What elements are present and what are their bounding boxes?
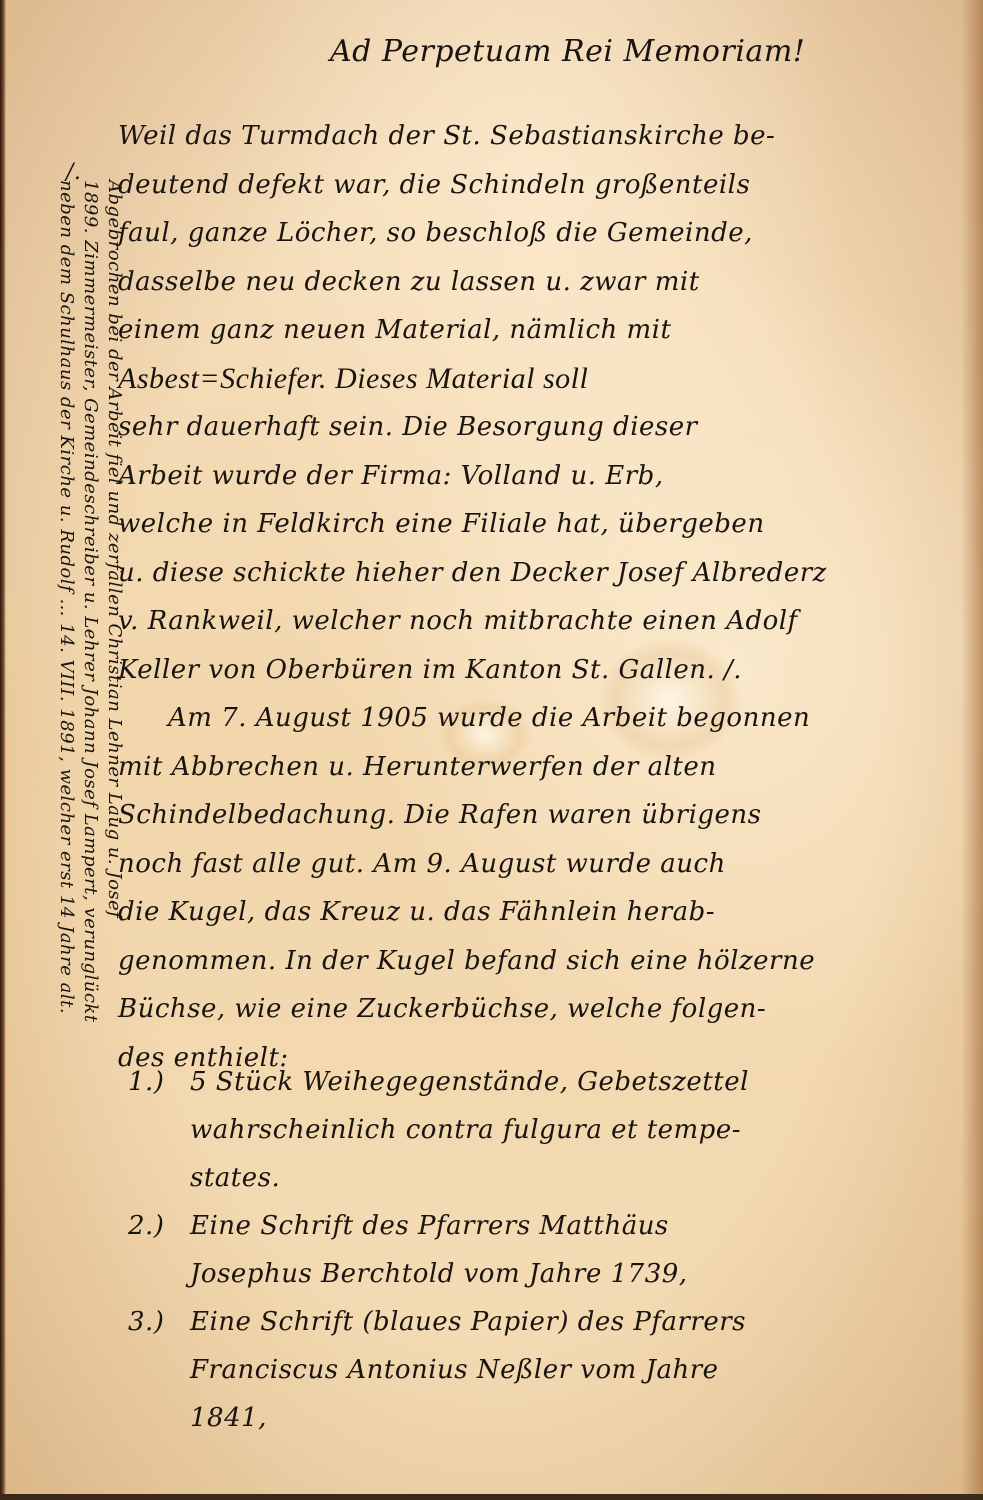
text-line: states. [190,1154,749,1202]
margin-note: Abgebrochen bei der Arbeit fiel und zerf… [54,180,126,1360]
text-line: faul, ganze Löcher, so beschloß die Geme… [118,209,968,258]
text-line: Asbest=Schiefer. Dieses Material soll [118,355,968,404]
text-line: deutend defekt war, die Schindeln großen… [118,161,968,210]
list-item: 1.) 5 Stück Weihegegenstände, Gebetszett… [128,1058,968,1202]
list-number: 3.) [128,1298,190,1442]
text-line: Franciscus Antonius Neßler vom Jahre [190,1346,746,1394]
text-line: u. diese schickte hieher den Decker Jose… [118,549,968,598]
page-bottom-edge [0,1494,983,1500]
text-line: dasselbe neu decken zu lassen u. zwar mi… [118,258,968,307]
text-line: die Kugel, das Kreuz u. das Fähnlein her… [118,888,968,937]
text-line: Büchse, wie eine Zuckerbüchse, welche fo… [118,985,968,1034]
body-text: Weil das Turmdach der St. Sebastianskirc… [118,112,968,1082]
list-number: 1.) [128,1058,190,1202]
list-number: 2.) [128,1202,190,1298]
page-binding-edge [0,0,6,1500]
text-line: sehr dauerhaft sein. Die Besorgung diese… [118,403,968,452]
page-title: Ad Perpetuam Rei Memoriam! [330,34,805,69]
margin-line: Abgebrochen bei der Arbeit fiel und zerf… [102,180,126,1360]
text-line: Arbeit wurde der Firma: Volland u. Erb, [118,452,968,501]
text-line: 5 Stück Weihegegenstände, Gebetszettel [190,1058,749,1106]
text-line: Weil das Turmdach der St. Sebastianskirc… [118,112,968,161]
margin-line: neben dem Schulhaus der Kirche u. Rudolf… [54,180,78,1360]
margin-line: 1899. Zimmermeister, Gemeindeschreiber u… [78,180,102,1360]
text-line: Eine Schrift des Pfarrers Matthäus [190,1202,688,1250]
text-line: welche in Feldkirch eine Filiale hat, üb… [118,500,968,549]
text-line: wahrscheinlich contra fulgura et tempe- [190,1106,749,1154]
list-item: 2.) Eine Schrift des Pfarrers Matthäus J… [128,1202,968,1298]
text-line: Am 7. August 1905 wurde die Arbeit begon… [118,694,968,743]
text-line: mit Abbrechen u. Herunterwerfen der alte… [118,743,968,792]
text-line: Eine Schrift (blaues Papier) des Pfarrer… [190,1298,746,1346]
text-line: genommen. In der Kugel befand sich eine … [118,937,968,986]
contents-list: 1.) 5 Stück Weihegegenstände, Gebetszett… [128,1058,968,1442]
text-line: noch fast alle gut. Am 9. August wurde a… [118,840,968,889]
paper-page: Ad Perpetuam Rei Memoriam! Weil das Turm… [0,0,983,1500]
text-line: einem ganz neuen Material, nämlich mit [118,306,968,355]
list-item: 3.) Eine Schrift (blaues Papier) des Pfa… [128,1298,968,1442]
text-line: 1841, [190,1394,746,1442]
text-line: v. Rankweil, welcher noch mitbrachte ein… [118,597,968,646]
text-line: Josephus Berchtold vom Jahre 1739, [190,1250,688,1298]
text-line: Schindelbedachung. Die Rafen waren übrig… [118,791,968,840]
text-line: Keller von Oberbüren im Kanton St. Galle… [118,646,968,695]
